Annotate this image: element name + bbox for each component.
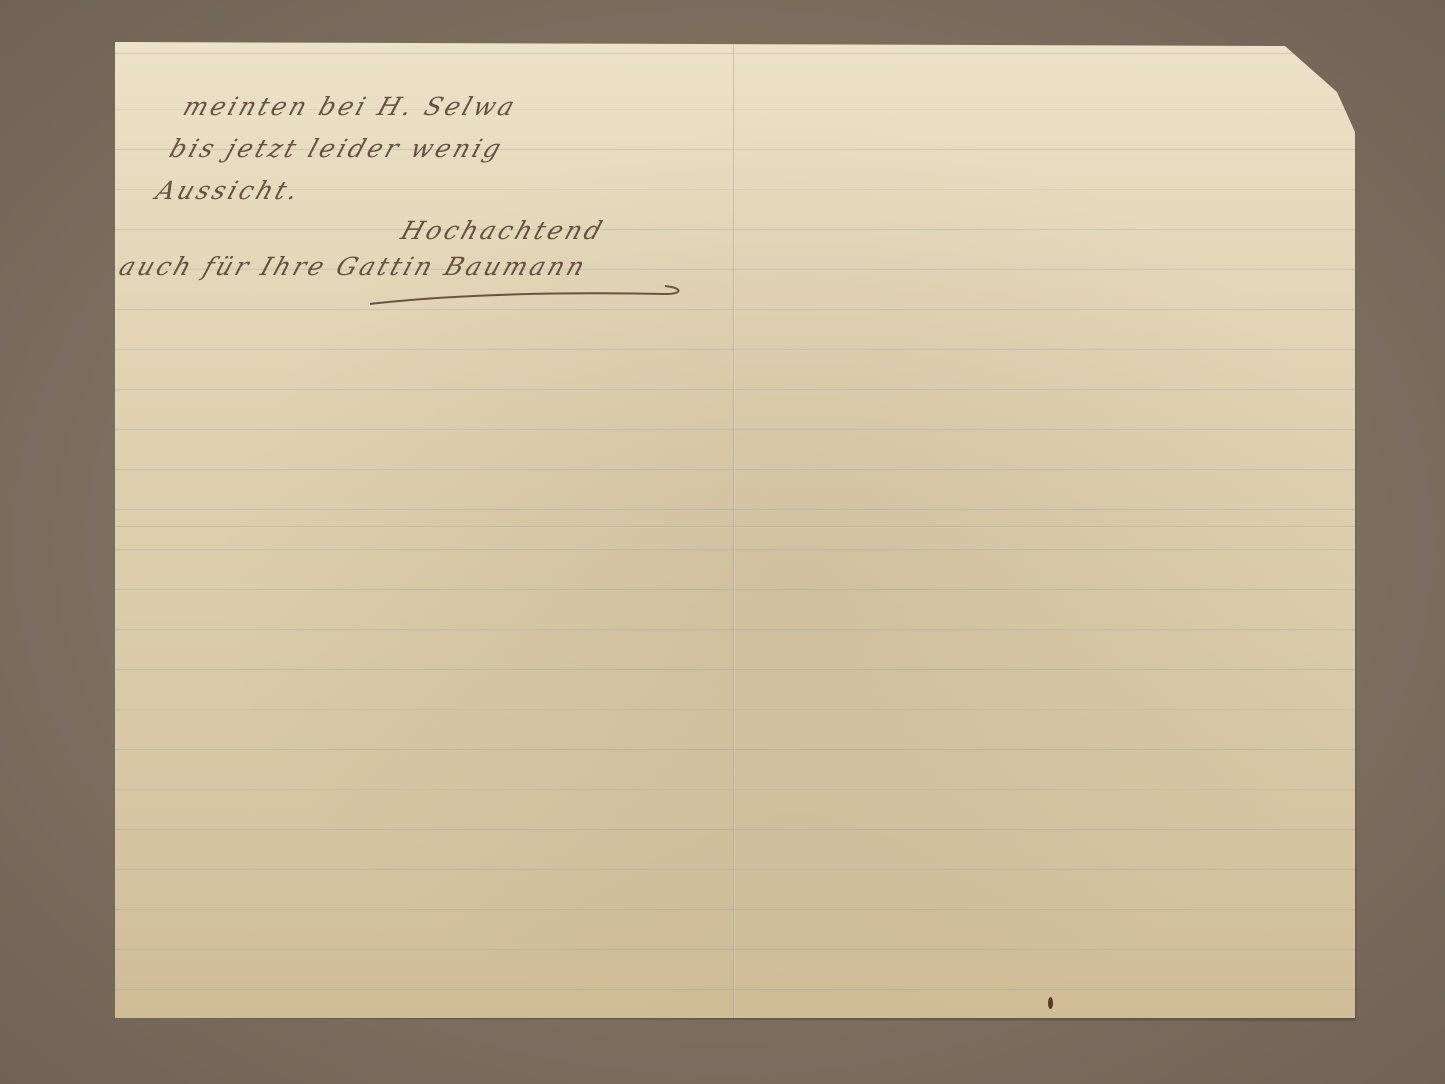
text-line-2: bis jetzt leider wenig	[166, 134, 508, 163]
signature-underline-flourish	[365, 282, 685, 312]
text-line-1: meinten bei H. Selwa	[180, 92, 522, 121]
signature-line: auch für Ihre Gattin Baumann	[116, 252, 592, 281]
ruled-lines	[115, 42, 1355, 1018]
letter-sheet: meinten bei H. Selwa bis jetzt leider we…	[115, 42, 1355, 1018]
closing-line: Hochachtend	[397, 216, 608, 245]
ink-spot	[1048, 997, 1053, 1009]
horizontal-fold-crease	[115, 526, 1355, 528]
vertical-fold-crease	[733, 42, 735, 1018]
text-line-3: Aussicht.	[152, 176, 304, 205]
